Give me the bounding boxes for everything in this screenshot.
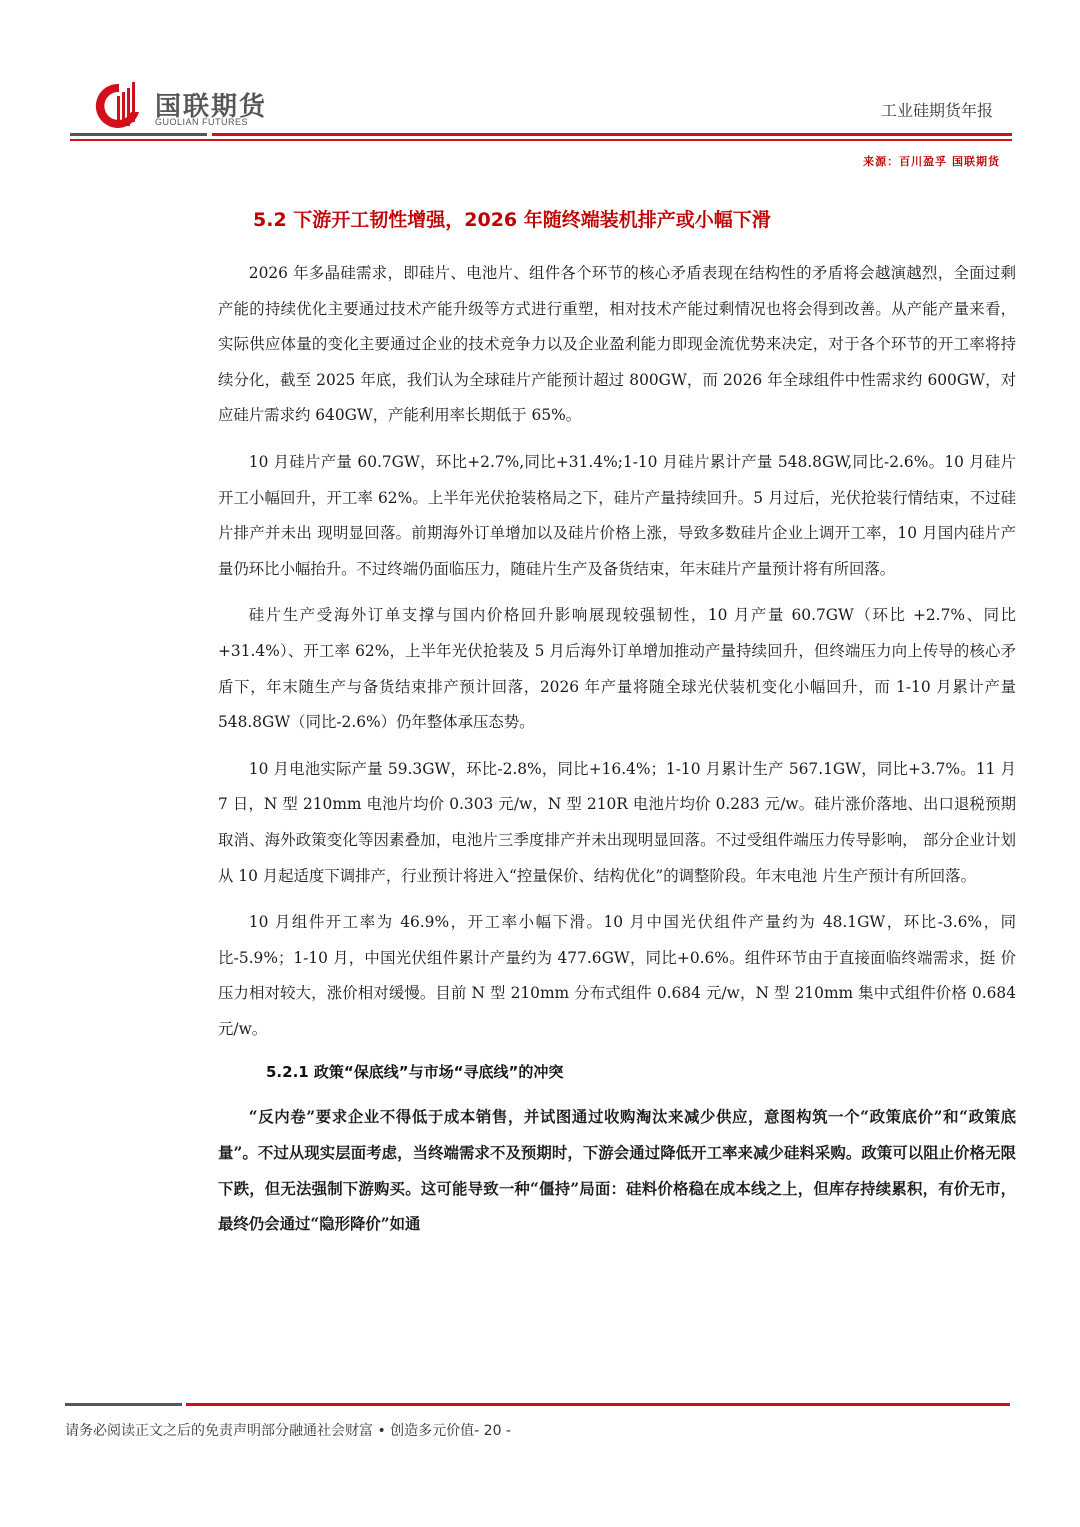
paragraph-cell-output: 10 月电池实际产量 59.3GW，环比-2.8%，同比+16.4%；1-10 … xyxy=(218,752,1016,894)
footer-divider-gray xyxy=(65,1403,182,1406)
logo-text-en: GUOLIAN FUTURES xyxy=(155,117,248,127)
guolian-logo-icon xyxy=(95,78,143,130)
paragraph-wafer-resilience: 硅片生产受海外订单支撑与国内价格回升影响展现较强韧性，10 月产量 60.7GW… xyxy=(218,598,1016,740)
paragraph-demand-overview: 2026 年多晶硅需求，即硅片、电池片、组件各个环节的核心矛盾表现在结构性的矛盾… xyxy=(218,256,1016,434)
header-divider-red xyxy=(212,133,1012,136)
footer-divider-red xyxy=(186,1403,1010,1406)
paragraph-policy-conflict: “反内卷”要求企业不得低于成本销售，并试图通过收购淘汰来减少供应，意图构筑一个“… xyxy=(218,1100,1016,1242)
header-divider-gray xyxy=(70,133,207,136)
subsection-title: 5.2.1 政策“保底线”与市场“寻底线”的冲突 xyxy=(266,1061,1016,1082)
paragraph-module-output: 10 月组件开工率为 46.9%，开工率小幅下滑。10 月中国光伏组件产量约为 … xyxy=(218,905,1016,1047)
report-title: 工业硅期货年报 xyxy=(881,98,993,121)
header-divider-red-thin xyxy=(70,139,1012,141)
section-title: 5.2 下游开工韧性增强，2026 年随终端装机排产或小幅下滑 xyxy=(253,205,771,232)
main-content: 2026 年多晶硅需求，即硅片、电池片、组件各个环节的核心矛盾表现在结构性的矛盾… xyxy=(218,256,1016,1254)
paragraph-wafer-output: 10 月硅片产量 60.7GW，环比+2.7%,同比+31.4%;1-10 月硅… xyxy=(218,445,1016,587)
source-note: 来源：百川盈孚 国联期货 xyxy=(863,153,1000,169)
page-header: 国联期货 GUOLIAN FUTURES 工业硅期货年报 来源：百川盈孚 国联期… xyxy=(0,0,1080,180)
footer-disclaimer: 请务必阅读正文之后的免责声明部分融通社会财富 • 创造多元价值- 20 - xyxy=(65,1420,511,1440)
